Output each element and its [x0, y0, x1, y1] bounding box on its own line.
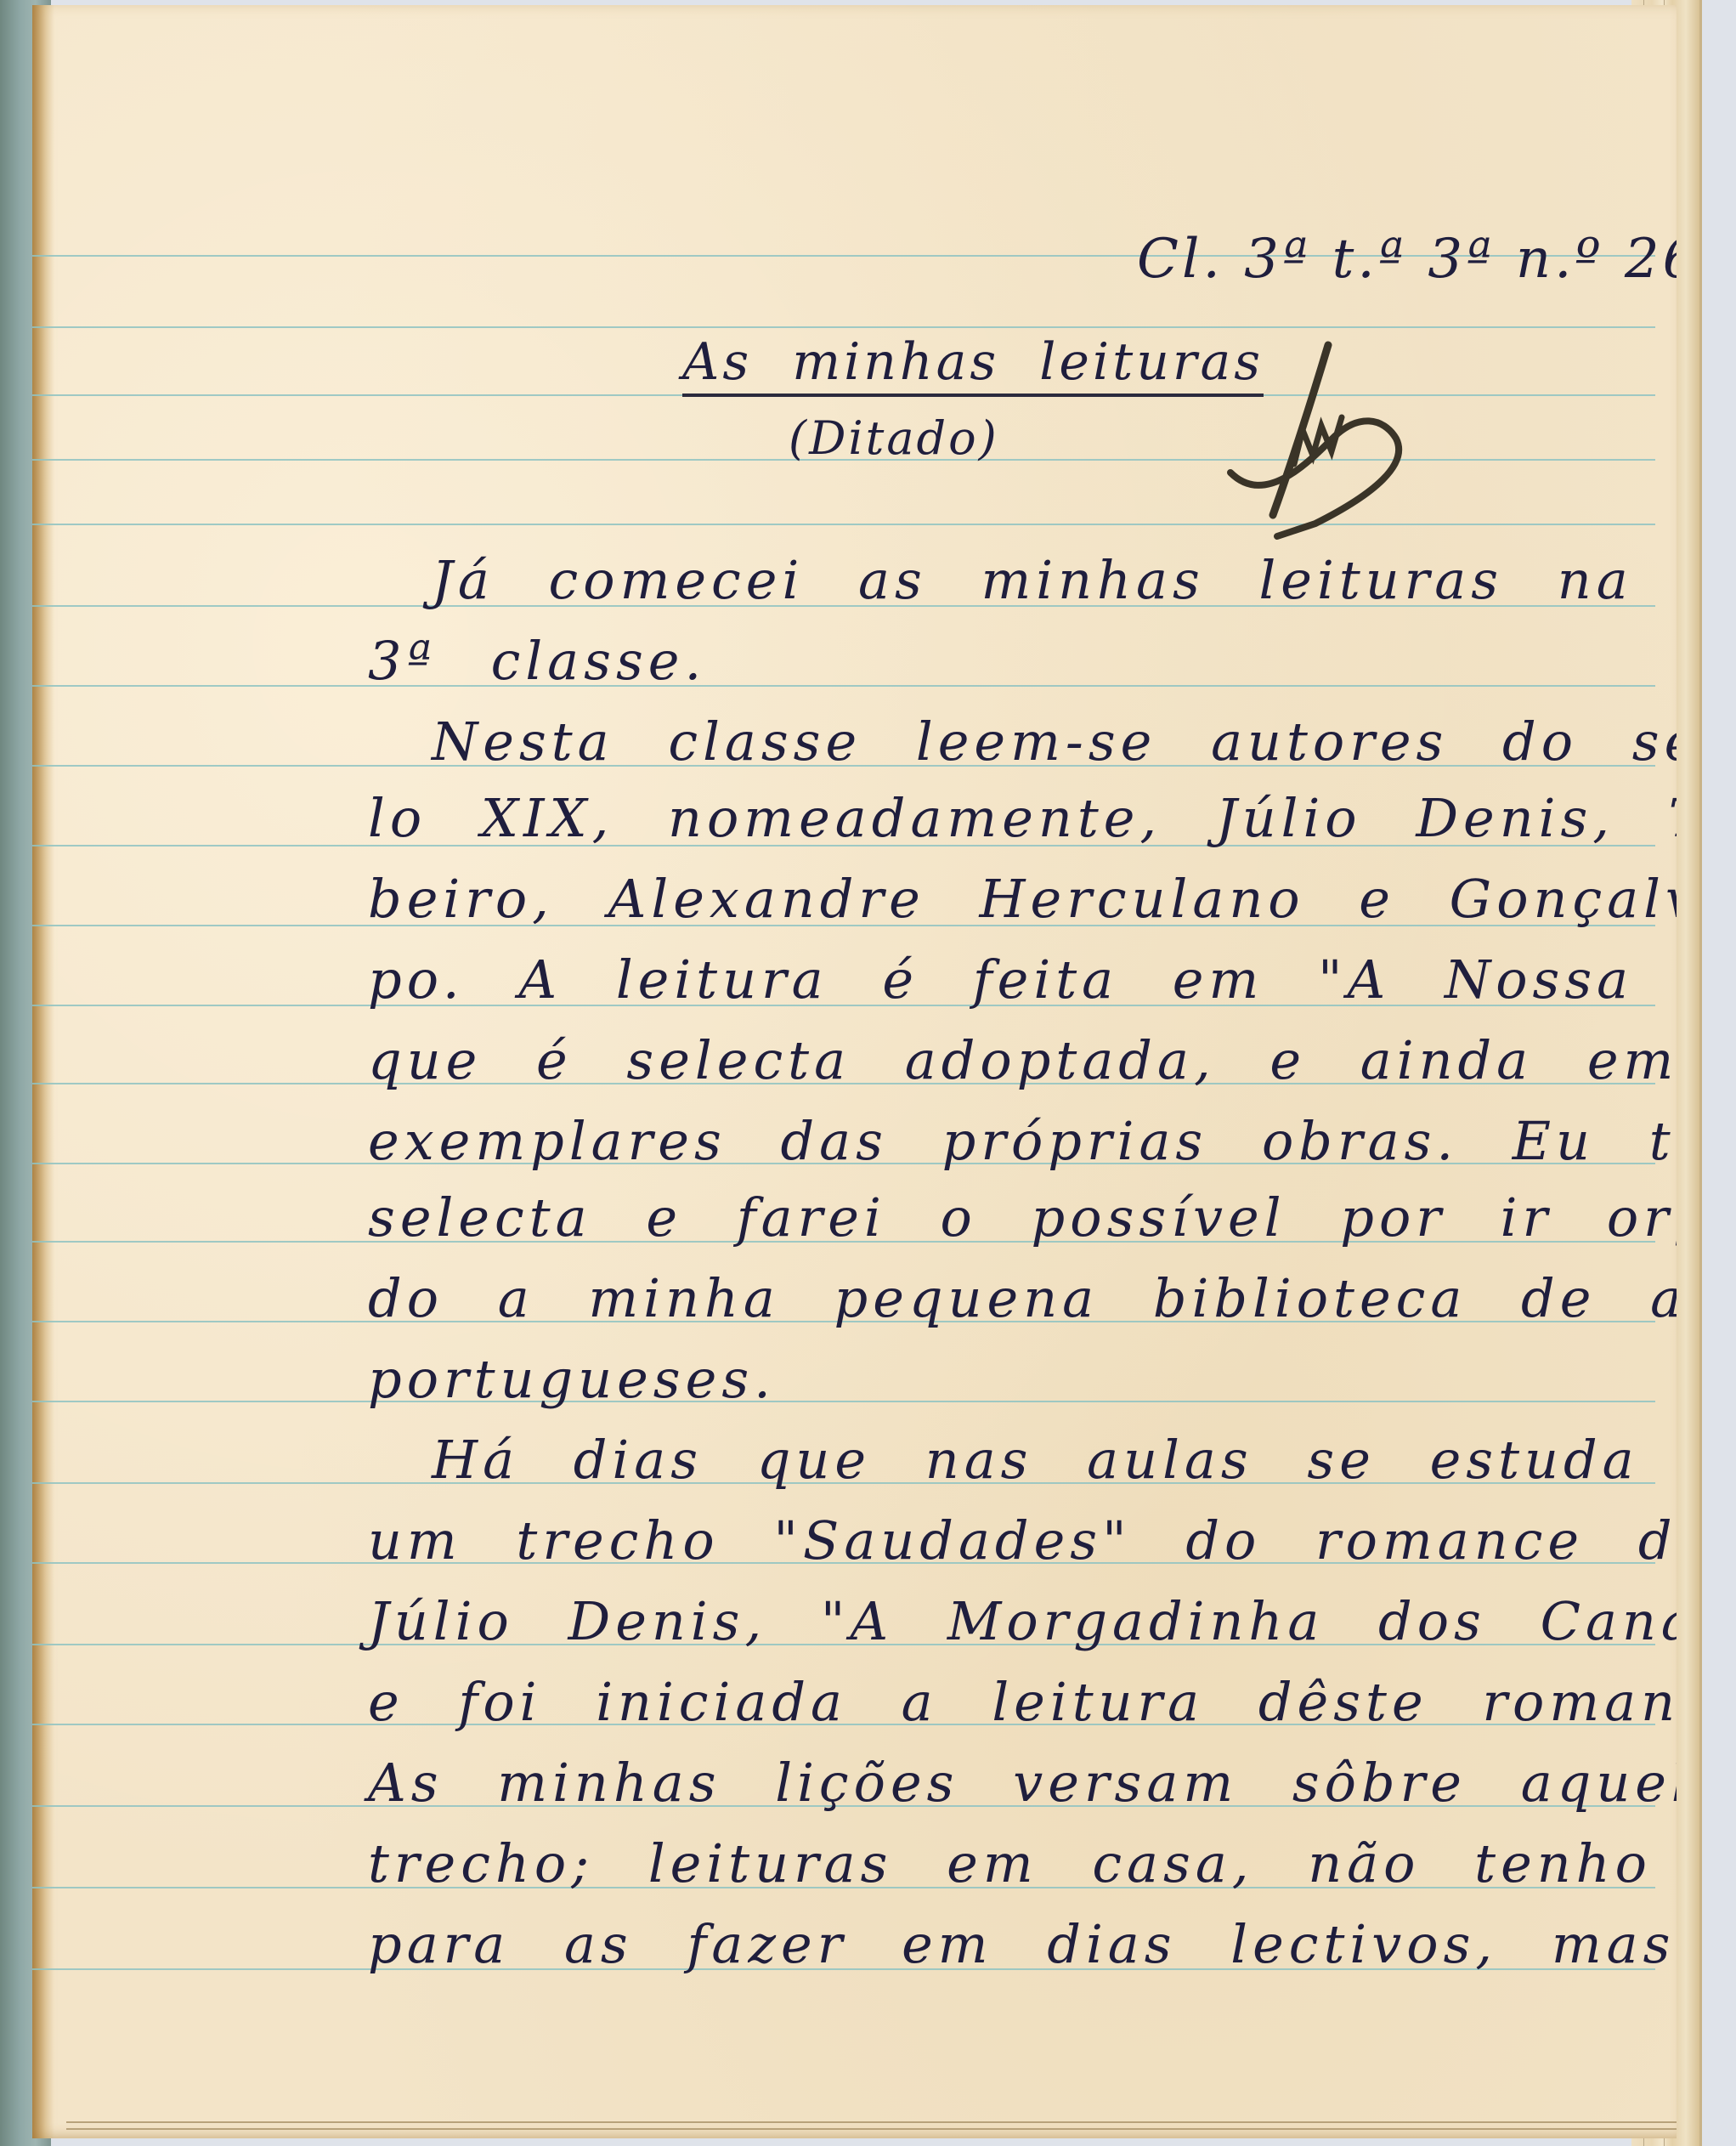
handwritten-text: Cl. 3ª t.ª 3ª n.º 26 As minhas leituras … [32, 5, 1677, 2138]
class-reference: Cl. 3ª t.ª 3ª n.º 26 [1137, 228, 1677, 291]
text-line: Júlio Denis, "A Morgadinha dos Canaviais… [368, 1590, 1677, 1652]
text-line: 3ª classe. [368, 630, 706, 692]
text-line: que é selecta adoptada, e ainda em [368, 1029, 1677, 1091]
text-line: beiro, Alexandre Herculano e Gonçalves C… [368, 868, 1677, 930]
text-line: lo XIX, nomeadamente, Júlio Denis, Tomaz… [368, 787, 1677, 849]
page-title: As minhas leituras [682, 332, 1264, 397]
text-line: selecta e farei o possível por ir organi… [368, 1186, 1677, 1249]
text-line: um trecho "Saudades" do romance de [368, 1509, 1677, 1571]
text-line: po. A leitura é feita em "A Nossa Terra"… [368, 948, 1677, 1011]
scanned-notebook: Cl. 3ª t.ª 3ª n.º 26 As minhas leituras … [0, 0, 1736, 2146]
text-line: trecho; leituras em casa, não tenho temp… [368, 1832, 1677, 1894]
text-line: e foi iniciada a leitura dêste romance. [368, 1671, 1677, 1733]
text-line: Nesta classe leem-se autores do sécu- [432, 711, 1677, 773]
text-line: do a minha pequena biblioteca de autores [368, 1267, 1677, 1329]
signature-icon [1213, 337, 1443, 541]
page-bottom-edge [66, 2121, 1677, 2130]
text-line: Já comecei as minhas leituras na [432, 549, 1633, 611]
text-line: As minhas lições versam sôbre aquele [368, 1752, 1677, 1814]
text-line: exemplares das próprias obras. Eu tenho … [368, 1110, 1677, 1172]
text-line: para as fazer em dias lectivos, mas [368, 1913, 1675, 1975]
page-subtitle: (Ditado) [789, 411, 999, 465]
text-line: Há dias que nas aulas se estuda [432, 1429, 1639, 1491]
notebook-page: Cl. 3ª t.ª 3ª n.º 26 As minhas leituras … [32, 5, 1677, 2138]
text-line: portugueses. [368, 1348, 776, 1410]
